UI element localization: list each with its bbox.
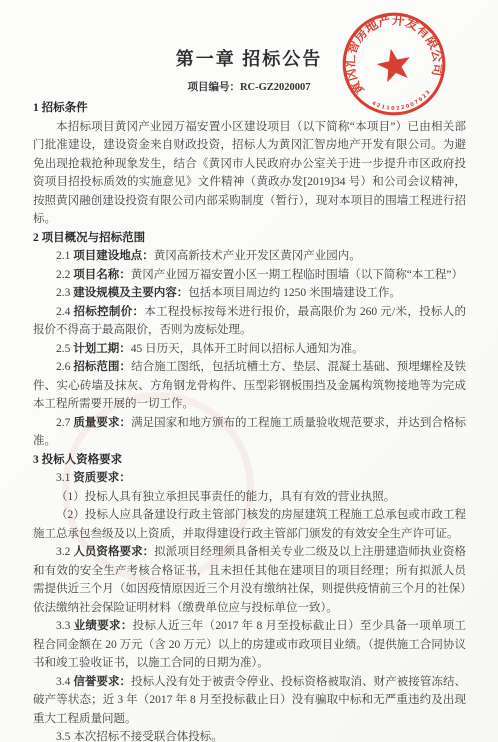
section-heading: 3 投标人资格要求 — [33, 451, 466, 470]
document-body: 1 招标条件本招标项目黄冈产业园万福安置小区建设项目（以下简称“本项目”）已由相… — [33, 99, 466, 742]
item-number: 2.6 — [56, 361, 73, 373]
item-text: 黄冈高新技术产业开发区黄冈产业园内。 — [154, 250, 361, 262]
document-page: 第一章 招标公告 项目编号：RC-GZ2020007 1 招标条件本招标项目黄冈… — [0, 0, 498, 742]
project-number-label: 项目编号： — [187, 82, 240, 93]
paragraph: 3.4 信誉要求：投标人没有处于被责令停业、投标资格被取消、财产被接管冻结、破产… — [33, 673, 466, 729]
item-number: 2.4 — [56, 306, 74, 318]
paragraph: 2.2 项目名称：黄冈产业园万福安置小区一期工程临时围墙（以下简称“本工程”） — [33, 266, 466, 285]
paragraph: 2.3 建设规模及主要内容：包括本项目周边约 1250 米围墙建设工作。 — [33, 284, 466, 303]
item-label: 资质要求： — [73, 472, 131, 484]
item-number: 3.2 — [56, 546, 73, 558]
item-label: 信誉要求： — [73, 676, 131, 688]
paragraph: 3.3 业绩要求：投标人近三年（2017 年 8 月至投标截止日）至少具备一项单… — [33, 617, 466, 673]
item-label: 项目建设地点： — [73, 250, 154, 262]
item-text: （2）投标人应具备建设行政主管部门核发的房屋建筑工程施工总承包或市政工程施工总承… — [33, 509, 466, 540]
item-text: （1）投标人具有独立承担民事责任的能力，具有有效的营业执照。 — [56, 491, 395, 503]
item-label: 招标控制价： — [74, 306, 145, 318]
item-label: 招标范围： — [73, 361, 131, 373]
item-number: 3.3 — [56, 620, 74, 632]
paragraph: 3.2 人员资格要求：拟派项目经理须具备相关专业二级及以上注册建造师执业资格和有… — [33, 543, 466, 617]
item-number: 2.5 — [56, 343, 73, 355]
paragraph: （1）投标人具有独立承担民事责任的能力，具有有效的营业执照。 — [33, 488, 466, 507]
paragraph: 2.5 计划工期：45 日历天，具体开工时间以招标人通知为准。 — [33, 340, 466, 359]
item-text: 黄冈产业园万福安置小区一期工程临时围墙（以下简称“本工程”） — [131, 269, 463, 281]
item-label: 人员资格要求： — [73, 546, 154, 558]
paragraph: 2.7 质量要求：满足国家和地方颁布的工程施工质量验收规范要求，并达到合格标准。 — [33, 414, 466, 451]
paragraph: 3.5 本次招标不接受联合体投标。 — [33, 728, 466, 742]
item-label: 计划工期： — [73, 343, 131, 355]
section-heading: 2 项目概况与招标范围 — [33, 229, 466, 248]
paragraph: （2）投标人应具备建设行政主管部门核发的房屋建筑工程施工总承包或市政工程施工总承… — [33, 506, 466, 543]
paragraph: 2.6 招标范围：结合施工图纸，包括坑槽土方、垫层、混凝土基础、预埋螺栓及铁件、… — [33, 358, 466, 414]
paragraph: 3.1 资质要求： — [33, 469, 466, 488]
item-text: 45 日历天，具体开工时间以招标人通知为准。 — [131, 343, 364, 355]
item-text: 本招标项目黄冈产业园万福安置小区建设项目（以下简称“本项目”）已由相关部门批准建… — [33, 121, 466, 226]
item-text: 包括本项目周边约 1250 米围墙建设工作。 — [188, 287, 401, 299]
item-number: 2.3 — [56, 287, 73, 299]
item-label: 建设规模及主要内容： — [73, 287, 188, 299]
item-number: 3.4 — [56, 676, 73, 688]
item-label: 项目名称： — [73, 269, 131, 281]
item-number: 2.2 — [56, 269, 73, 281]
item-number: 2.7 — [56, 417, 73, 429]
seal-star-icon — [374, 45, 414, 84]
item-label: 业绩要求： — [74, 620, 133, 632]
item-label: 质量要求： — [73, 417, 131, 429]
item-number: 2.1 — [56, 250, 73, 262]
item-number: 3.1 — [56, 472, 73, 484]
item-text: 3.5 本次招标不接受联合体投标。 — [56, 731, 223, 742]
paragraph: 2.1 项目建设地点：黄冈高新技术产业开发区黄冈产业园内。 — [33, 247, 466, 266]
project-number-value: RC-GZ2020007 — [240, 82, 311, 93]
paragraph: 2.4 招标控制价：本工程投标按每米进行报价，最高限价为 260 元/米，投标人… — [33, 303, 466, 340]
paragraph: 本招标项目黄冈产业园万福安置小区建设项目（以下简称“本项目”）已由相关部门批准建… — [33, 118, 466, 229]
